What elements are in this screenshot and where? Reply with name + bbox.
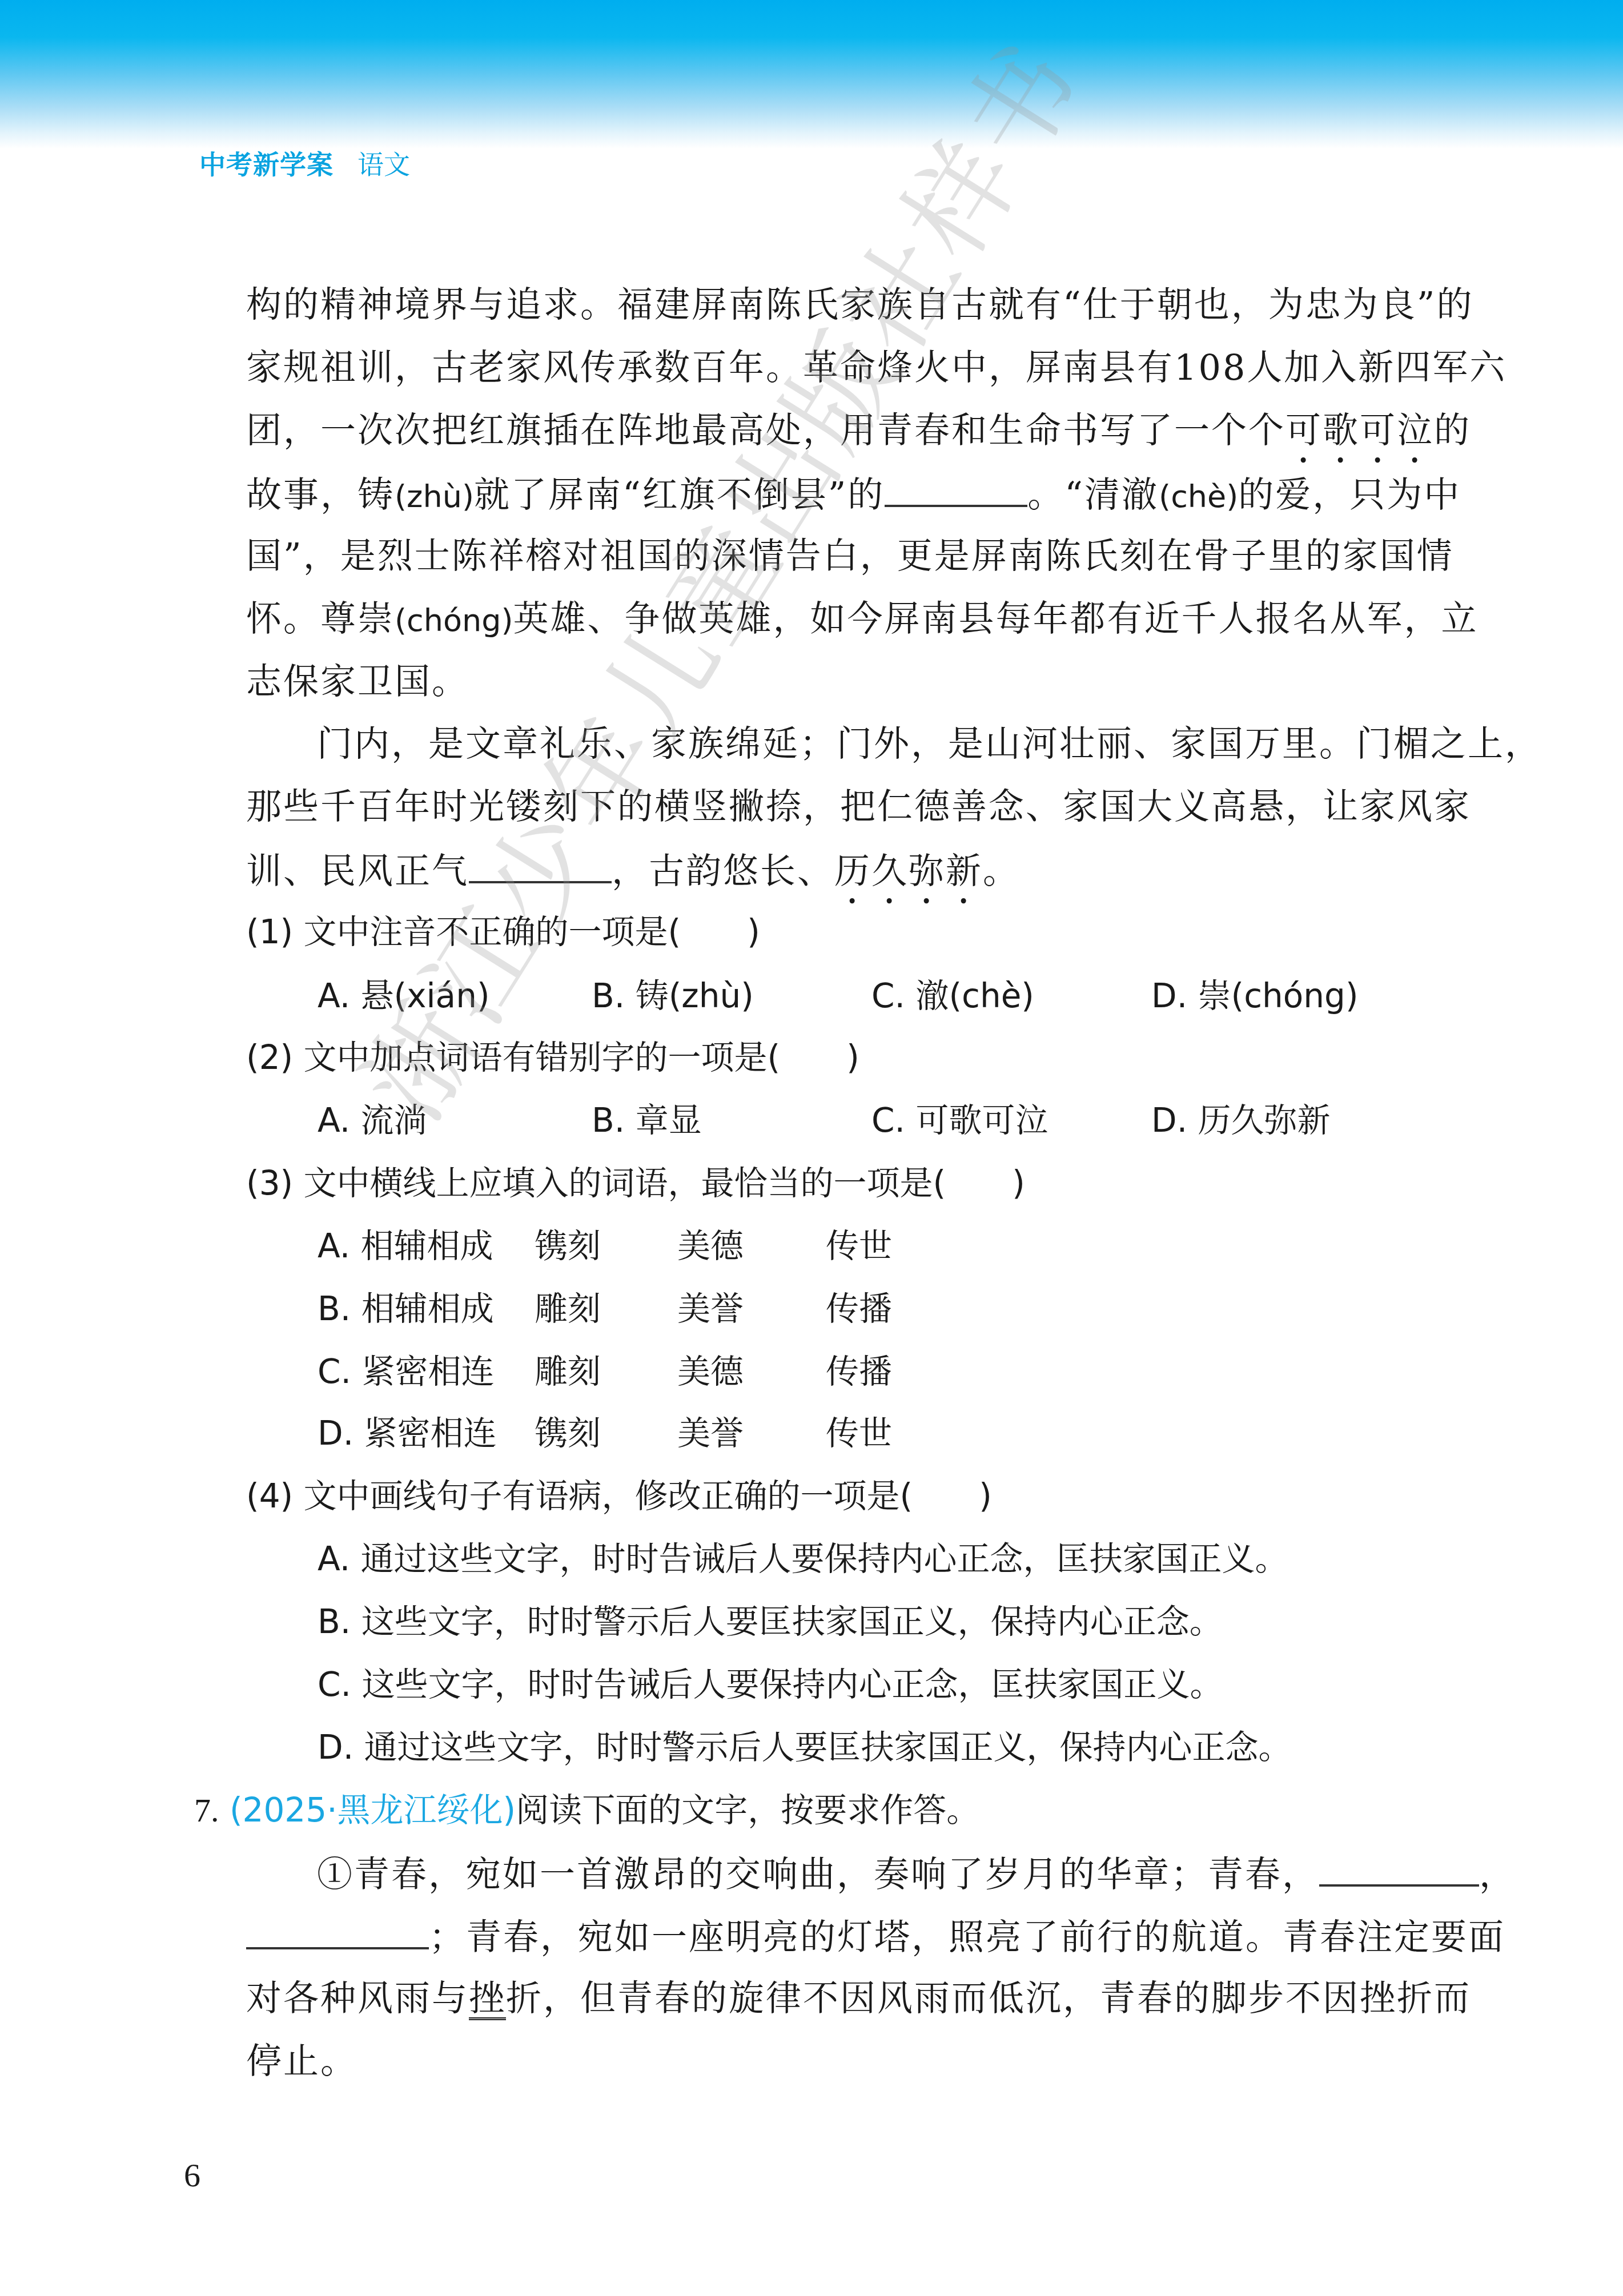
pinyin-annotation: (zhù) [395,478,474,514]
question-number: (2) [246,1038,293,1077]
option-row: A. 悬(xián)B. 铸(zhù)C. 澈(chè)D. 崇(chóng) [318,973,1494,1019]
book-subject: 语文 [357,149,410,180]
option-a[interactable]: A. 相辅相成镌刻美德传世 [318,1223,1494,1269]
pinyin-annotation: (chóng) [395,602,513,638]
question-text: 文中加点词语有错别字的一项是( ) [304,1038,859,1077]
line-text: ；青春，宛如一座明亮的灯塔，照亮了前行的航道。青春注定要面 [429,1916,1505,1958]
line-text: ， [1479,1853,1516,1895]
line-text: ，古韵悠长、 [612,850,834,892]
line-text: 青春，宛如一首激昂的交响曲，奏响了岁月的华章；青春， [354,1853,1319,1895]
passage-line: 志保家卫国。 [246,659,1423,705]
dotted-word: 可歌可泣 [1285,409,1434,451]
question-stem: (4) 文中画线句子有语病，修改正确的一项是( ) [246,1473,1423,1519]
fill-blank[interactable] [246,1913,429,1949]
page-number: 6 [184,2156,200,2196]
fill-blank[interactable] [885,471,1027,507]
line-text: 怀。尊崇 [246,598,395,640]
option-b[interactable]: B. 相辅相成雕刻美誉传播 [318,1286,1494,1332]
page-header: 中考新学案语文 [199,147,410,182]
question-instruction: 阅读下面的文字，按要求作答。 [516,1791,979,1829]
option-d[interactable]: D. 紧密相连镌刻美誉传世 [318,1410,1494,1456]
line-text: 团，一次次把红旗插在阵地最高处，用青春和生命书写了一个个 [246,409,1285,451]
line-text: 对各种风雨与 [246,1977,469,2019]
option-c[interactable]: C. 紧密相连雕刻美德传播 [318,1349,1494,1394]
fill-blank[interactable] [469,847,612,883]
passage-line: 门内，是文章礼乐、家族绵延；门外，是山河壮丽、家国万里。门楣之上， [317,721,1423,767]
line-text: 就了屏南“红旗不倒县”的 [474,474,885,516]
question-number: (4) [246,1477,293,1515]
passage-line: 构的精神境界与追求。福建屏南陈氏家族自古就有“仕于朝也，为忠为良”的 [246,282,1423,328]
line-text: 家规祖训，古老家风传承数百年。革命烽火中，屏南县有108人加入新四军六 [246,347,1507,388]
pinyin-annotation: (chè) [1159,478,1238,514]
passage-line: 停止。 [246,2038,1423,2084]
option-d[interactable]: D. 历久弥新 [1151,1097,1331,1143]
question-text: 文中横线上应填入的词语，最恰当的一项是( ) [304,1164,1025,1203]
option-c[interactable]: C. 这些文字，时时告诫后人要保持内心正念，匡扶家国正义。 [318,1662,1494,1707]
option-a[interactable]: A. 悬(xián) [318,973,592,1019]
circled-number: ① [317,1853,354,1895]
option-c[interactable]: C. 澈(chè) [871,973,1151,1019]
option-row: A. 流淌B. 章显C. 可歌可泣D. 历久弥新 [318,1097,1494,1143]
question-stem: (3) 文中横线上应填入的词语，最恰当的一项是( ) [246,1160,1423,1206]
option-b[interactable]: B. 章显 [592,1097,871,1143]
question-stem: (2) 文中加点词语有错别字的一项是( ) [246,1035,1423,1080]
double-underlined-char: 挫 [469,1977,506,2019]
line-text: 的爱，只为中 [1238,474,1461,516]
option-b[interactable]: B. 铸(zhù) [592,973,871,1019]
passage-line: 训、民风正气，古韵悠长、历久弥新。 [246,847,1423,892]
passage-line: 国”，是烈士陈祥榕对祖国的深情告白，更是屏南陈氏刻在骨子里的家国情 [246,533,1423,579]
passage-line: 故事，铸(zhù)就了屏南“红旗不倒县”的。“清澈(chè)的爱，只为中 [246,471,1423,516]
header-gradient-band [0,0,1623,148]
question-text: 文中画线句子有语病，修改正确的一项是( ) [304,1477,992,1515]
passage-line: 家规祖训，古老家风传承数百年。革命烽火中，屏南县有108人加入新四军六 [246,345,1423,391]
passage-line: 团，一次次把红旗插在阵地最高处，用青春和生命书写了一个个可歌可泣的 [246,408,1423,453]
question-stem: (1) 文中注音不正确的一项是( ) [246,909,1423,955]
question-text: 文中注音不正确的一项是( ) [304,912,760,951]
passage-line: ；青春，宛如一座明亮的灯塔，照亮了前行的航道。青春注定要面 [246,1913,1423,1959]
option-a[interactable]: A. 通过这些文字，时时告诫后人要保持内心正念，匡扶家国正义。 [318,1536,1494,1582]
fill-blank[interactable] [1319,1850,1479,1887]
option-a[interactable]: A. 流淌 [318,1097,592,1143]
line-text: 。“清澈 [1027,474,1159,516]
option-d[interactable]: D. 通过这些文字，时时警示后人要匡扶家国正义，保持内心正念。 [318,1724,1494,1770]
line-text: 折，但青春的旋律不因风雨而低沉，青春的脚步不因挫折而 [506,1977,1471,2019]
option-b[interactable]: B. 这些文字，时时警示后人要匡扶家国正义，保持内心正念。 [318,1599,1494,1644]
option-d[interactable]: D. 崇(chóng) [1151,973,1359,1019]
passage-line: 那些千百年时光镂刻下的横竖撇捺，把仁德善念、家国大义高悬，让家风家 [246,784,1423,830]
line-text: 英雄、争做英雄，如今屏南县每年都有近千人报名从军，立 [513,598,1479,640]
dotted-word: 历久弥新 [834,850,983,892]
question-number: (1) [246,912,293,951]
line-text: 故事，铸 [246,474,395,516]
passage-line: ①青春，宛如一首激昂的交响曲，奏响了岁月的华章；青春，， [317,1850,1423,1896]
question-source: (2025·黑龙江绥化) [230,1791,516,1829]
line-text: 。 [983,850,1020,892]
option-c[interactable]: C. 可歌可泣 [871,1097,1151,1143]
question-number: (3) [246,1164,293,1203]
question-number: 7. [194,1792,219,1829]
line-text: 的 [1434,409,1471,451]
passage-line: 对各种风雨与挫折，但青春的旋律不因风雨而低沉，青春的脚步不因挫折而 [246,1976,1423,2021]
book-brand: 中考新学案 [199,149,334,180]
passage-line: 怀。尊崇(chóng)英雄、争做英雄，如今屏南县每年都有近千人报名从军，立 [246,596,1423,642]
question-7-header: 7. (2025·黑龙江绥化)阅读下面的文字，按要求作答。 [194,1787,1371,1833]
line-text: 训、民风正气 [246,850,469,892]
